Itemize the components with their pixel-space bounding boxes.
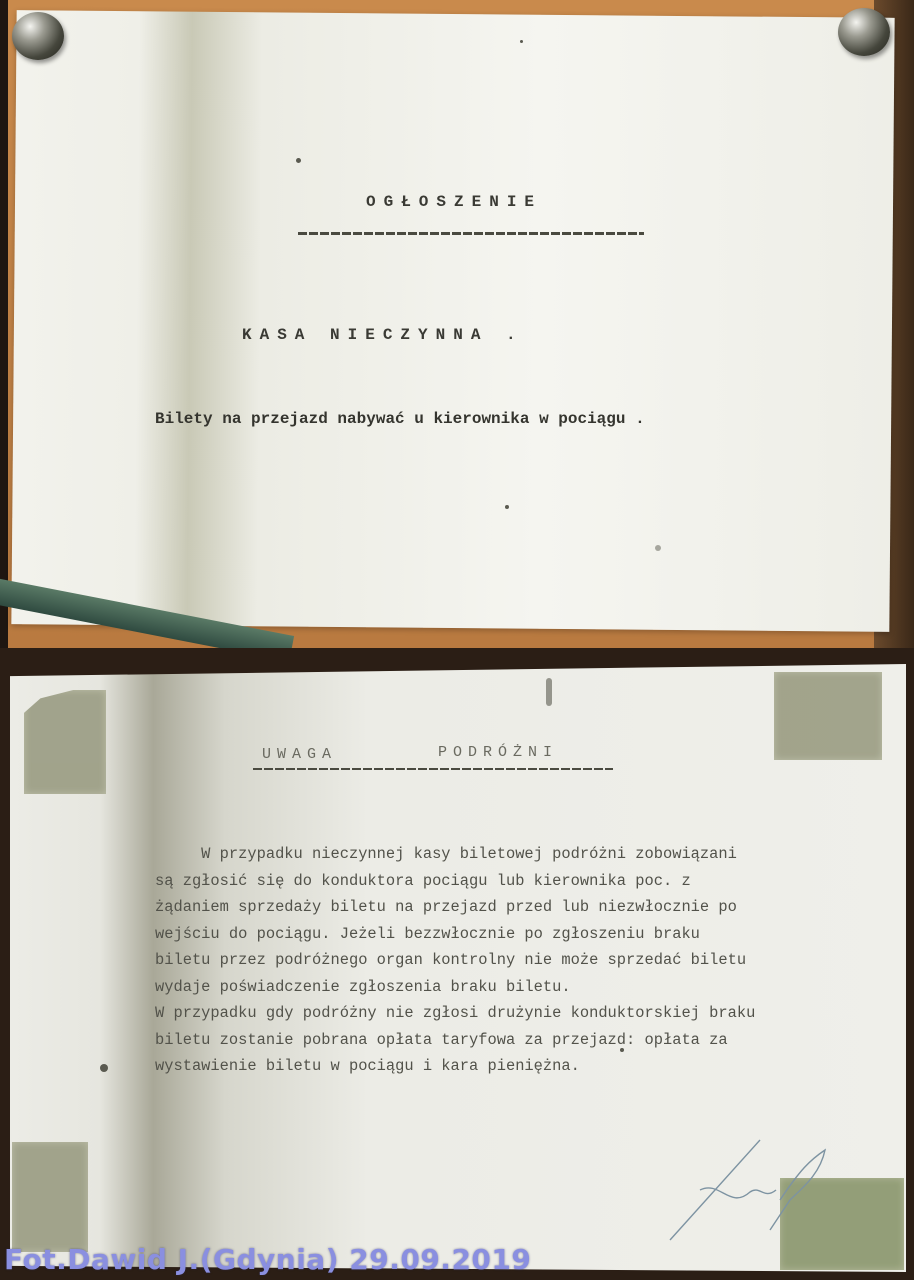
notice-body: Bilety na przejazd nabywać u kierownika … <box>155 410 645 428</box>
stain <box>655 545 661 551</box>
pushpin-icon <box>838 8 890 56</box>
stain <box>620 1048 624 1052</box>
notice-paper-top <box>11 10 894 632</box>
signature-icon <box>660 1130 840 1250</box>
notice-heading-left: UWAGA <box>262 746 337 763</box>
bottom-photo: UWAGA PODRÓŻNI W przypadku nieczynnej ka… <box>0 648 914 1280</box>
tape <box>12 1142 88 1252</box>
notice-heading-right: PODRÓŻNI <box>438 744 558 761</box>
heading-underline <box>253 768 613 770</box>
stain <box>520 40 523 43</box>
notice-line: W przypadku gdy podróżny nie zgłosi druż… <box>155 1004 755 1022</box>
tape <box>24 690 106 794</box>
top-photo: OGŁOSZENIE KASA NIECZYNNA . Bilety na pr… <box>0 0 914 648</box>
notice-line: biletu zostanie pobrana opłata taryfowa … <box>155 1031 728 1049</box>
notice-line: wydaje poświadczenie zgłoszenia braku bi… <box>155 978 571 996</box>
heading-underline <box>298 232 644 235</box>
notice-line: żądaniem sprzedaży biletu na przejazd pr… <box>155 898 737 916</box>
notice-heading: OGŁOSZENIE <box>366 193 542 211</box>
notice-line: wystawienie biletu w pociągu i kara pien… <box>155 1057 580 1075</box>
frame-edge <box>0 0 8 648</box>
pushpin-icon <box>12 12 64 60</box>
stain <box>505 505 509 509</box>
notice-line: biletu przez podróżnego organ kontrolny … <box>155 951 746 969</box>
stain <box>100 1064 108 1072</box>
stain <box>546 678 552 706</box>
photo-credit-watermark: Fot.Dawid J.(Gdynia) 29.09.2019 <box>4 1243 531 1276</box>
notice-subheading: KASA NIECZYNNA . <box>242 326 524 344</box>
notice-line: wejściu do pociągu. Jeżeli bezzwłocznie … <box>155 925 700 943</box>
notice-line: są zgłosić się do konduktora pociągu lub… <box>155 872 691 890</box>
tape <box>774 672 882 760</box>
notice-line: W przypadku nieczynnej kasy biletowej po… <box>155 845 737 863</box>
stain <box>296 158 301 163</box>
